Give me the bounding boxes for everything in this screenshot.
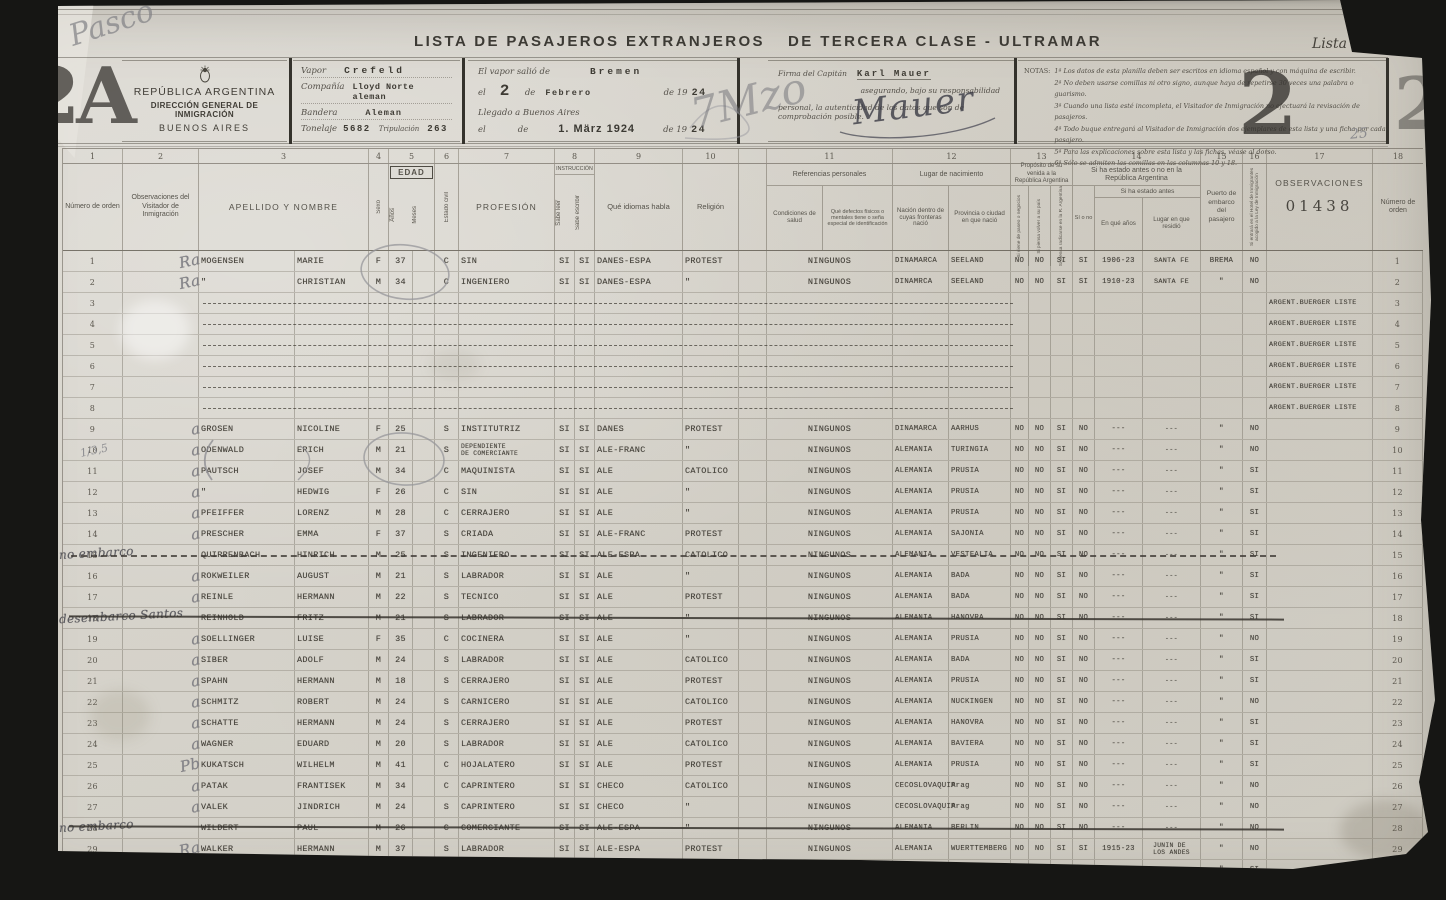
- before_place-cell: ---: [1143, 419, 1201, 439]
- blank-cell: [739, 272, 767, 292]
- compania-value: Lloyd Norte aleman: [352, 82, 452, 102]
- given-cell: FRANTISEK: [295, 776, 369, 796]
- blank-cell: [739, 629, 767, 649]
- religion-cell: CATOLICO: [683, 860, 739, 880]
- surname-cell: VALEK: [199, 797, 295, 817]
- de-label: de: [525, 88, 535, 98]
- p3-cell: SI: [1051, 755, 1073, 775]
- hotel-cell: [1243, 335, 1267, 355]
- profession-cell: LABRADOR: [459, 566, 555, 586]
- reads-cell: SI: [555, 629, 575, 649]
- lista-number-label: Lista Nº: [1312, 36, 1370, 52]
- civil-cell: S: [435, 839, 459, 859]
- p1-cell: [1011, 377, 1029, 397]
- before-cell: [1073, 314, 1095, 334]
- years-cell: 24: [389, 713, 413, 733]
- given-cell: JINDRICH: [295, 797, 369, 817]
- captain-line1: asegurando, bajo su responsabilidad: [782, 86, 1000, 95]
- n-cell: 25: [63, 755, 123, 775]
- hotel-cell: SI: [1243, 524, 1267, 544]
- column-number: 7: [459, 149, 555, 163]
- p3-cell: SI: [1051, 839, 1073, 859]
- reads-cell: SI: [555, 272, 575, 292]
- n-cell: 6: [63, 356, 123, 376]
- writes-cell: SI: [575, 860, 595, 880]
- religion-cell: PROTEST: [683, 251, 739, 271]
- arrival-stamp: 1. März 1924: [558, 123, 635, 135]
- profession-cell: CRIADA: [459, 524, 555, 544]
- given-cell: ADOLF: [295, 650, 369, 670]
- before-cell: NO: [1073, 524, 1095, 544]
- tripulacion-label: Tripulación: [379, 125, 420, 133]
- sex-cell: M: [369, 671, 389, 691]
- sex-cell: M: [369, 755, 389, 775]
- table-row: 5ARGENT.BUERGER LISTE5: [63, 335, 1423, 356]
- before_place-cell: [1143, 335, 1201, 355]
- vapor-label: Vapor: [301, 66, 326, 76]
- hotel-cell: NO: [1243, 692, 1267, 712]
- p3-cell: SI: [1051, 734, 1073, 754]
- table-row: 17aREINLEHERMANNM22STECNICOSISIALEPROTES…: [63, 587, 1423, 608]
- blank-cell: [739, 482, 767, 502]
- n2-cell: 14: [1373, 524, 1423, 544]
- table-row: 21aSPAHNHERMANNM18SCERRAJEROSISIALEPROTE…: [63, 671, 1423, 692]
- p3-cell: SI: [1051, 860, 1073, 880]
- de19-label: de 19: [664, 88, 688, 98]
- before-cell: NO: [1073, 797, 1095, 817]
- n-cell: 24: [63, 734, 123, 754]
- province-cell: PRUSIA: [949, 482, 1011, 502]
- before-cell: NO: [1073, 860, 1095, 880]
- before_place-cell: SANTA FE: [1143, 272, 1201, 292]
- writes-cell: SI: [575, 713, 595, 733]
- p3-cell: SI: [1051, 776, 1073, 796]
- years-cell: 20: [389, 734, 413, 754]
- surname-cell: MOGENSEN: [199, 251, 295, 271]
- before-cell: [1073, 398, 1095, 418]
- references-cell: NINGUNOS: [767, 272, 893, 292]
- port-cell: ": [1201, 272, 1243, 292]
- p2-cell: NO: [1029, 419, 1051, 439]
- province-cell: BADA: [949, 566, 1011, 586]
- hotel-cell: NO: [1243, 776, 1267, 796]
- obs-cell: ARGENT.BUERGER LISTE: [1267, 293, 1373, 313]
- table-row: 4ARGENT.BUERGER LISTE4: [63, 314, 1423, 335]
- blank-cell: [739, 650, 767, 670]
- obs-cell: ARGENT.BUERGER LISTE: [1267, 356, 1373, 376]
- p2-cell: NO: [1029, 650, 1051, 670]
- p1-cell: NO: [1011, 776, 1029, 796]
- before_years-cell: [1095, 377, 1143, 397]
- table-row: 3ARGENT.BUERGER LISTE3: [63, 293, 1423, 314]
- before_years-cell: ---: [1095, 713, 1143, 733]
- p3-cell: [1051, 377, 1073, 397]
- before_place-cell: ---: [1143, 461, 1201, 481]
- before-cell: NO: [1073, 755, 1095, 775]
- typed-dash-fill: [203, 408, 1013, 409]
- reads-cell: SI: [555, 650, 575, 670]
- surname-cell: SEYDEL: [199, 860, 295, 880]
- table-row: 23aSCHATTEHERMANNM24SCERRAJEROSISIALEPRO…: [63, 713, 1423, 734]
- references-cell: NINGUNOS: [767, 251, 893, 271]
- n-cell: 26: [63, 776, 123, 796]
- before_years-cell: ---: [1095, 440, 1143, 460]
- languages-cell: ALE-FRANC: [595, 440, 683, 460]
- religion-cell: PROTEST: [683, 839, 739, 859]
- before_place-cell: ---: [1143, 524, 1201, 544]
- nation-cell: ALEMANIA: [893, 839, 949, 859]
- p1-cell: NO: [1011, 734, 1029, 754]
- table-row: 2Ra"CHRISTIANM34CINGENIEROSISIDANES-ESPA…: [63, 272, 1423, 293]
- col-header-lugar-residio: Lugar en que residió: [1143, 198, 1200, 250]
- surname-cell: PRESCHER: [199, 524, 295, 544]
- hotel-cell: SI: [1243, 482, 1267, 502]
- port-cell: [1201, 356, 1243, 376]
- salio-port: Bremen: [590, 66, 642, 77]
- references-cell: NINGUNOS: [767, 692, 893, 712]
- reads-cell: SI: [555, 797, 575, 817]
- sex-cell: F: [369, 524, 389, 544]
- writes-cell: SI: [575, 419, 595, 439]
- before-cell: NO: [1073, 566, 1095, 586]
- languages-cell: ALE: [595, 755, 683, 775]
- bandera-value: Aleman: [365, 108, 402, 118]
- references-cell: NINGUNOS: [767, 839, 893, 859]
- nota-item: 2ª No deben usarse comillas ni otro sign…: [1054, 78, 1386, 101]
- given-cell: JOSEF: [295, 461, 369, 481]
- bandera-label: Bandera: [301, 108, 337, 118]
- n-cell: 29: [63, 839, 123, 859]
- observaciones-stamp-number: 01438: [1286, 197, 1354, 215]
- profession-cell: LABRADOR: [459, 650, 555, 670]
- surname-cell: ": [199, 272, 295, 292]
- blank-cell: [739, 860, 767, 880]
- col-header-estado-civil: Estado civil: [435, 164, 459, 250]
- p2-cell: NO: [1029, 482, 1051, 502]
- n2-cell: 1: [1373, 251, 1423, 271]
- province-cell: BADA: [949, 587, 1011, 607]
- table-row: 27aVALEKJINDRICHM24SCAPRINTEROSISICHECO"…: [63, 797, 1423, 818]
- before_place-cell: ---: [1143, 566, 1201, 586]
- captain-box: Firma del Capitán Karl Mauer asegurando,…: [768, 60, 1014, 142]
- months-cell: [413, 671, 435, 691]
- mark-cell: Ra: [123, 251, 199, 271]
- sex-cell: F: [369, 251, 389, 271]
- mark-cell: a: [123, 776, 199, 796]
- civil-cell: C: [435, 776, 459, 796]
- visitor-handwritten-mark: Ra: [177, 250, 201, 272]
- sex-cell: M: [369, 440, 389, 460]
- blank-cell: [739, 251, 767, 271]
- n-cell: 2: [63, 272, 123, 292]
- religion-cell: CATOLICO: [683, 776, 739, 796]
- sex-cell: F: [369, 419, 389, 439]
- languages-cell: ALE: [595, 713, 683, 733]
- languages-cell: ALE-FRANC: [595, 524, 683, 544]
- p1-cell: NO: [1011, 461, 1029, 481]
- p1-cell: [1011, 356, 1029, 376]
- sex-cell: M: [369, 839, 389, 859]
- religion-cell: ": [683, 482, 739, 502]
- sex-cell: M: [369, 734, 389, 754]
- nation-cell: DINAMRCA: [893, 272, 949, 292]
- salio-month: Febrero: [545, 88, 591, 98]
- mark-cell: a: [123, 734, 199, 754]
- p1-cell: NO: [1011, 587, 1029, 607]
- profession-cell: SIN: [459, 251, 555, 271]
- nation-cell: DINAMARCA: [893, 419, 949, 439]
- llegado-label: Llegado a Buenos Aires: [478, 108, 580, 118]
- civil-cell: S: [435, 734, 459, 754]
- religion-cell: PROTEST: [683, 587, 739, 607]
- before-cell: SI: [1073, 272, 1095, 292]
- mark-cell: a: [123, 692, 199, 712]
- surname-cell: SCHMITZ: [199, 692, 295, 712]
- before_years-cell: ---: [1095, 734, 1143, 754]
- hotel-cell: SI: [1243, 503, 1267, 523]
- before-cell: NO: [1073, 482, 1095, 502]
- before-cell: SI: [1073, 839, 1095, 859]
- before-cell: [1073, 356, 1095, 376]
- before_years-cell: ---: [1095, 671, 1143, 691]
- table-row: 24aWAGNEREDUARDM20SLABRADORSISIALECATOLI…: [63, 734, 1423, 755]
- p1-cell: NO: [1011, 650, 1029, 670]
- p3-cell: SI: [1051, 650, 1073, 670]
- civil-cell: S: [435, 692, 459, 712]
- nation-cell: DINAMARCA: [893, 251, 949, 271]
- religion-cell: PROTEST: [683, 419, 739, 439]
- religion-cell: ": [683, 272, 739, 292]
- col-header-edad: EDAD Años Meses: [389, 164, 435, 250]
- salio-day: 2: [500, 82, 511, 100]
- before-cell: SI: [1073, 251, 1095, 271]
- column-number: 12: [893, 149, 1011, 163]
- salio-label: El vapor salió de: [478, 67, 550, 77]
- obs-cell: ARGENT.BUERGER LISTE: [1267, 398, 1373, 418]
- mark-cell: a: [123, 482, 199, 502]
- languages-cell: ALE: [595, 860, 683, 880]
- civil-cell: S: [435, 713, 459, 733]
- before-cell: NO: [1073, 419, 1095, 439]
- table-row: 16aROKWEILERAUGUSTM21SLABRADORSISIALE"NI…: [63, 566, 1423, 587]
- surname-cell: PATAK: [199, 776, 295, 796]
- port-cell: ": [1201, 419, 1243, 439]
- profession-cell: COCINERA: [459, 629, 555, 649]
- references-cell: NINGUNOS: [767, 587, 893, 607]
- references-cell: NINGUNOS: [767, 482, 893, 502]
- before_place-cell: ---: [1143, 755, 1201, 775]
- reads-cell: SI: [555, 440, 575, 460]
- languages-cell: DANES: [595, 419, 683, 439]
- years-cell: 28: [389, 503, 413, 523]
- references-cell: NINGUNOS: [767, 440, 893, 460]
- column-number: [739, 149, 767, 163]
- writes-cell: SI: [575, 251, 595, 271]
- n-cell: 19: [63, 629, 123, 649]
- p3-cell: SI: [1051, 440, 1073, 460]
- surname-cell: PFEIFFER: [199, 503, 295, 523]
- reads-cell: SI: [555, 692, 575, 712]
- before_years-cell: ---: [1095, 692, 1143, 712]
- references-cell: NINGUNOS: [767, 671, 893, 691]
- religion-cell: ": [683, 797, 739, 817]
- years-cell: 24: [389, 797, 413, 817]
- table-row: 29RaWALKERHERMANNM37SLABRADORSISIALE-ESP…: [63, 839, 1423, 860]
- el-label-2: el: [478, 125, 486, 135]
- col-header-profesion: PROFESIÓN: [459, 164, 555, 250]
- before_place-cell: [1143, 356, 1201, 376]
- nation-cell: CECOSLOVAQUIA: [893, 776, 949, 796]
- profession-cell: INGENIERO: [459, 272, 555, 292]
- province-cell: WUERTTEMBERG: [949, 839, 1011, 859]
- writes-cell: SI: [575, 503, 595, 523]
- table-row: 14aPRESCHEREMMAF37SCRIADASISIALE-FRANCPR…: [63, 524, 1423, 545]
- given-cell: WILHELM: [295, 755, 369, 775]
- n-cell: 23: [63, 713, 123, 733]
- col-header-defectos: Qué defectos físicos o mentales tiene o …: [823, 186, 892, 250]
- port-cell: ": [1201, 524, 1243, 544]
- nation-cell: ALEMANIA: [893, 587, 949, 607]
- p2-cell: NO: [1029, 755, 1051, 775]
- hotel-cell: SI: [1243, 587, 1267, 607]
- province-cell: Prag: [949, 797, 1011, 817]
- p1-cell: NO: [1011, 692, 1029, 712]
- months-cell: [413, 650, 435, 670]
- mark-cell: Pb: [123, 755, 199, 775]
- mark-cell: a: [123, 713, 199, 733]
- hotel-cell: SI: [1243, 734, 1267, 754]
- years-cell: 21: [389, 566, 413, 586]
- sex-cell: M: [369, 692, 389, 712]
- writes-cell: SI: [575, 671, 595, 691]
- box-divider: [289, 58, 292, 144]
- civil-cell: S: [435, 566, 459, 586]
- writes-cell: SI: [575, 482, 595, 502]
- given-cell: NICOLINE: [295, 419, 369, 439]
- row-strikethrough-line: [69, 867, 1284, 872]
- given-cell: HERMANN: [295, 839, 369, 859]
- obs-cell: [1267, 776, 1373, 796]
- blank-cell: [739, 671, 767, 691]
- n2-cell: 15: [1373, 545, 1423, 565]
- port-cell: ": [1201, 860, 1243, 880]
- port-cell: ": [1201, 587, 1243, 607]
- before_place-cell: ---: [1143, 503, 1201, 523]
- p1-cell: [1011, 314, 1029, 334]
- p3-cell: [1051, 314, 1073, 334]
- port-cell: ": [1201, 734, 1243, 754]
- n2-cell: 12: [1373, 482, 1423, 502]
- n2-cell: 5: [1373, 335, 1423, 355]
- hotel-cell: SI: [1243, 755, 1267, 775]
- reads-cell: SI: [555, 671, 575, 691]
- before_years-cell: [1095, 293, 1143, 313]
- mark-cell: Ra: [123, 839, 199, 859]
- years-cell: 25: [389, 419, 413, 439]
- references-cell: NINGUNOS: [767, 755, 893, 775]
- p1-cell: NO: [1011, 524, 1029, 544]
- before-cell: [1073, 293, 1095, 313]
- civil-cell: S: [435, 671, 459, 691]
- nation-cell: ALEMANIA: [893, 461, 949, 481]
- years-cell: 41: [389, 755, 413, 775]
- column-number: 3: [199, 149, 369, 163]
- obs-cell: no embarco: [1267, 545, 1373, 565]
- n2-cell: 25: [1373, 755, 1423, 775]
- p3-cell: SI: [1051, 524, 1073, 544]
- col-header-numero-2: Número de orden: [1373, 164, 1423, 250]
- reads-cell: SI: [555, 419, 575, 439]
- obs-cell: [1267, 587, 1373, 607]
- port-cell: ": [1201, 797, 1243, 817]
- nation-cell: ALEMANIA: [893, 566, 949, 586]
- reads-cell: SI: [555, 566, 575, 586]
- before-cell: NO: [1073, 671, 1095, 691]
- n2-cell: 3: [1373, 293, 1423, 313]
- before-cell: NO: [1073, 734, 1095, 754]
- nation-cell: ALEMANIA: [893, 671, 949, 691]
- port-cell: ": [1201, 566, 1243, 586]
- languages-cell: ALE: [595, 629, 683, 649]
- references-cell: NINGUNOS: [767, 503, 893, 523]
- column-number: 9: [595, 149, 683, 163]
- profession-cell: CERRAJERO: [459, 503, 555, 523]
- months-cell: [413, 629, 435, 649]
- p2-cell: NO: [1029, 440, 1051, 460]
- voyage-box: El vapor salió de Bremen el 2 de Febrero…: [468, 60, 737, 142]
- col-header-apellido-nombre: APELLIDO Y NOMBRE: [199, 164, 369, 250]
- republic-line3: BUENOS AIRES: [122, 123, 287, 133]
- col-header-provincia: Provincia o ciudad en que nació: [949, 186, 1010, 250]
- column-number: 4: [369, 149, 389, 163]
- before_years-cell: [1095, 398, 1143, 418]
- civil-cell: C: [435, 461, 459, 481]
- before_place-cell: ---: [1143, 671, 1201, 691]
- hotel-cell: NO: [1243, 839, 1267, 859]
- table-row: 12a"HEDWIGF26CSINSISIALE"NINGUNOSALEMANI…: [63, 482, 1423, 503]
- reads-cell: SI: [555, 503, 575, 523]
- months-cell: [413, 713, 435, 733]
- port-cell: ": [1201, 692, 1243, 712]
- mark-cell: [123, 335, 199, 355]
- reads-cell: SI: [555, 587, 575, 607]
- n-cell: 1: [63, 251, 123, 271]
- province-cell: PRUSIA: [949, 461, 1011, 481]
- table-row: 18REINHOLDFRITZM21SLABRADORSISIALE"NINGU…: [63, 608, 1423, 629]
- surname-cell: SIBER: [199, 650, 295, 670]
- before_years-cell: ---: [1095, 566, 1143, 586]
- obs-cell: no 122: [1267, 860, 1373, 880]
- col-header-observaciones: OBSERVACIONES 01438: [1267, 164, 1373, 250]
- before-cell: [1073, 377, 1095, 397]
- port-cell: ": [1201, 671, 1243, 691]
- before_years-cell: ---: [1095, 461, 1143, 481]
- writes-cell: SI: [575, 797, 595, 817]
- before_years-cell: [1095, 335, 1143, 355]
- box-divider: [462, 58, 465, 144]
- reads-cell: SI: [555, 482, 575, 502]
- n2-cell: 11: [1373, 461, 1423, 481]
- civil-cell: S: [435, 650, 459, 670]
- sex-cell: M: [369, 713, 389, 733]
- p1-cell: NO: [1011, 251, 1029, 271]
- mark-cell: [123, 398, 199, 418]
- nation-cell: ALEMANIA: [893, 650, 949, 670]
- languages-cell: ALE-ESPA: [595, 839, 683, 859]
- references-cell: NINGUNOS: [767, 419, 893, 439]
- blank-cell: [739, 839, 767, 859]
- before_years-cell: ---: [1095, 524, 1143, 544]
